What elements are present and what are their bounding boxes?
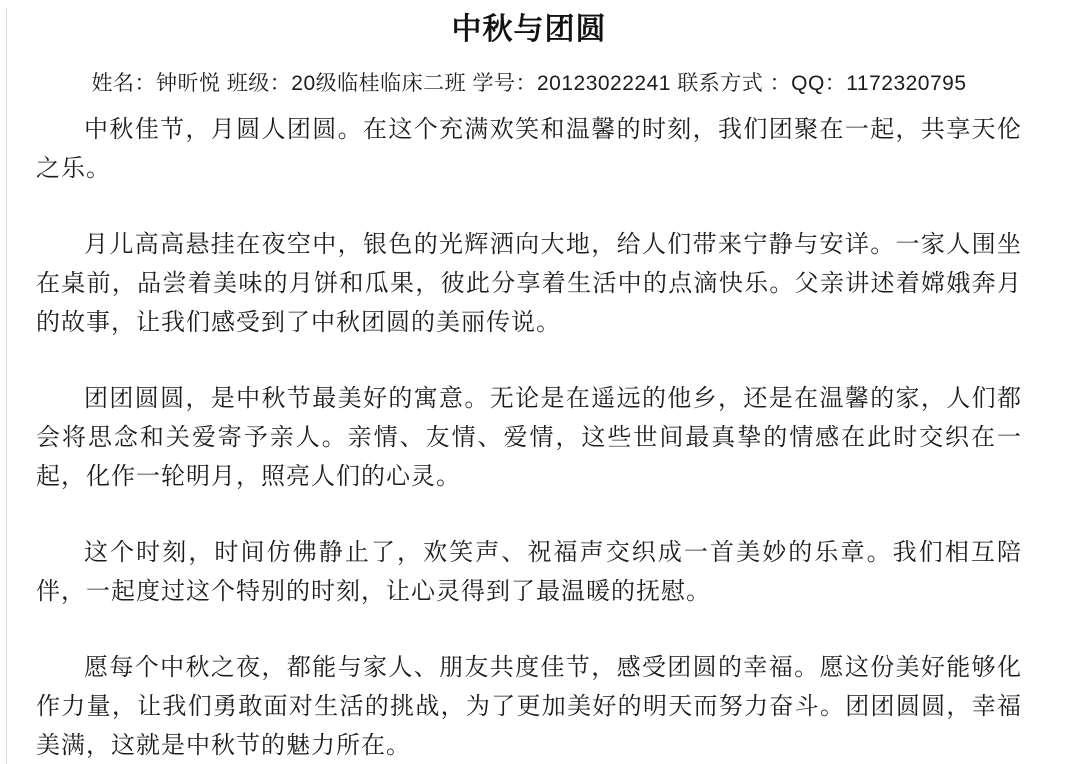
essay-paragraph-2: 月儿高高悬挂在夜空中，银色的光辉洒向大地，给人们带来宁静与安详。一家人围坐在桌前… (36, 225, 1022, 342)
essay-paragraph-5: 愿每个中秋之夜，都能与家人、朋友共度佳节，感受团圆的幸福。愿这份美好能够化作力量… (36, 648, 1022, 764)
document-page: 中秋与团圆 姓名：钟昕悦 班级：20级临桂临床二班 学号：20123022241… (0, 8, 1068, 764)
essay-paragraph-4: 这个时刻，时间仿佛静止了，欢笑声、祝福声交织成一首美妙的乐章。我们相互陪伴，一起… (36, 533, 1022, 611)
essay-paragraph-3: 团团圆圆，是中秋节最美好的寓意。无论是在遥远的他乡，还是在温馨的家，人们都会将思… (36, 379, 1022, 496)
student-info-line: 姓名：钟昕悦 班级：20级临桂临床二班 学号：20123022241 联系方式 … (36, 69, 1022, 99)
essay-paragraph-1: 中秋佳节，月圆人团圆。在这个充满欢笑和温馨的时刻，我们团聚在一起，共享天伦之乐。 (36, 110, 1022, 188)
essay-body: 中秋佳节，月圆人团圆。在这个充满欢笑和温馨的时刻，我们团聚在一起，共享天伦之乐。… (36, 110, 1022, 764)
essay-document: 中秋与团圆 姓名：钟昕悦 班级：20级临桂临床二班 学号：20123022241… (0, 8, 1068, 764)
essay-title: 中秋与团圆 (36, 8, 1022, 52)
